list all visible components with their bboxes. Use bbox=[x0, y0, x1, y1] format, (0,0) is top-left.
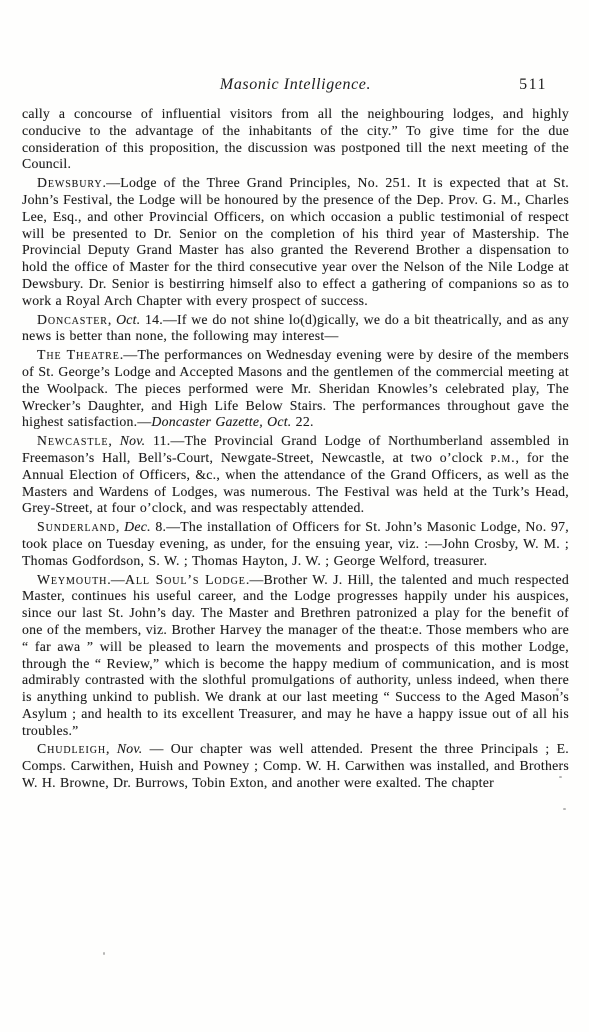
scan-speck bbox=[103, 952, 105, 955]
paragraph: Chudleigh, Nov. — Our chapter was well a… bbox=[22, 741, 569, 791]
paragraph: Dewsbury.—Lodge of the Three Grand Princ… bbox=[22, 175, 569, 309]
scanned-page: Masonic Intelligence. 511 cally a concou… bbox=[0, 0, 589, 1032]
text-segment: The Theatre bbox=[37, 347, 120, 362]
text-segment: Sunderland bbox=[37, 519, 116, 534]
text-segment: Nov. bbox=[117, 741, 143, 756]
scan-speck bbox=[563, 808, 566, 810]
paragraph: cally a concourse of influential visitor… bbox=[22, 106, 569, 173]
text-segment: .— bbox=[107, 572, 125, 587]
paragraph: The Theatre.—The performances on Wednesd… bbox=[22, 347, 569, 431]
text-segment: Doncaster bbox=[37, 312, 108, 327]
paragraph: Newcastle, Nov. 11.—The Provincial Grand… bbox=[22, 433, 569, 517]
page-title: Masonic Intelligence. bbox=[220, 76, 371, 93]
text-segment: Nov. bbox=[120, 433, 146, 448]
text-segment: , bbox=[108, 312, 116, 327]
text-segment: p.m. bbox=[491, 450, 516, 465]
text-segment: .—Lodge of the Three Grand Principles, N… bbox=[22, 175, 569, 308]
text-segment: Oct. bbox=[116, 312, 140, 327]
paragraph: Doncaster, Oct. 14.—If we do not shine l… bbox=[22, 312, 569, 346]
text-segment: , bbox=[106, 741, 117, 756]
running-head: Masonic Intelligence. 511 bbox=[22, 76, 569, 96]
text-segment: Dewsbury bbox=[37, 175, 103, 190]
text-segment: Dec. bbox=[124, 519, 151, 534]
paragraph: Sunderland, Dec. 8.—The installation of … bbox=[22, 519, 569, 569]
text-segment: , bbox=[108, 433, 119, 448]
scan-speck bbox=[556, 688, 559, 691]
page-body: cally a concourse of influential visitor… bbox=[22, 106, 569, 792]
text-segment: Newcastle bbox=[37, 433, 108, 448]
text-segment: 22. bbox=[291, 414, 313, 429]
text-segment: All Soul’s Lodge bbox=[125, 572, 246, 587]
text-segment: , bbox=[116, 519, 124, 534]
text-segment: cally a concourse of influential visitor… bbox=[22, 106, 569, 171]
text-segment: Chudleigh bbox=[37, 741, 106, 756]
page-number: 511 bbox=[519, 76, 547, 94]
scan-speck bbox=[559, 776, 562, 778]
text-segment: Weymouth bbox=[37, 572, 107, 587]
text-segment: .—Brother W. J. Hill, the talented and m… bbox=[22, 572, 569, 738]
paragraph: Weymouth.—All Soul’s Lodge.—Brother W. J… bbox=[22, 572, 569, 740]
text-segment: Doncaster Gazette, Oct. bbox=[151, 414, 291, 429]
